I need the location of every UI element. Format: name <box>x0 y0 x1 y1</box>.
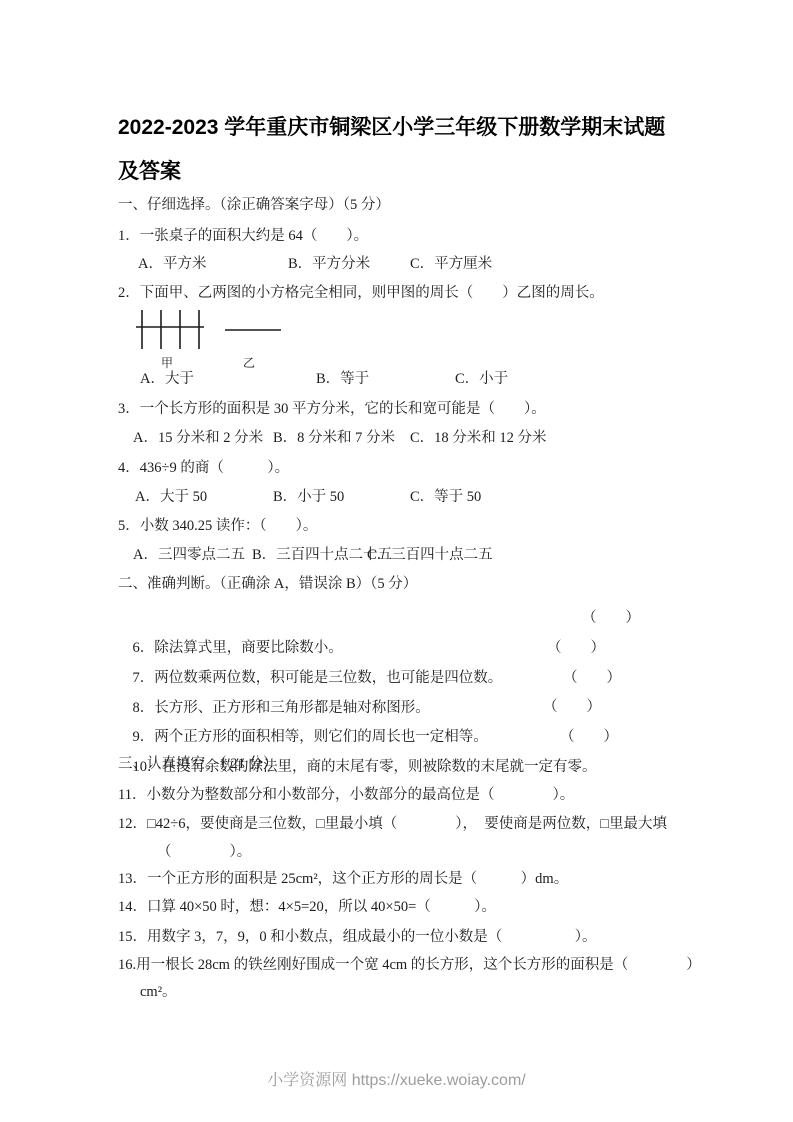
section-3-heading: 三、认真填空。（ 21 分） <box>118 749 738 779</box>
question-12-text-line-1: 12．□42÷6，要使商是三位数，□里最小填（ ）， 要使商是两位数，□里最大填 <box>118 809 738 839</box>
question-2-option-b: B．等于 <box>316 364 369 394</box>
page-title-line-2: 及答案 <box>118 150 718 194</box>
source-watermark: 小学资源网 https://xueke.woiay.com/ <box>0 1066 793 1096</box>
question-1-option-c: C．平方厘米 <box>410 249 492 279</box>
question-5-option-a: A．三四零点二五 <box>133 540 245 570</box>
question-4-option-b: B．小于 50 <box>273 482 344 512</box>
page-title-line-1: 2022-2023 学年重庆市铜梁区小学三年级下册数学期末试题 <box>118 106 718 150</box>
question-1-text: 1．一张桌子的面积大约是 64（ ）。 <box>118 221 738 251</box>
question-2-option-c: C．小于 <box>455 364 508 394</box>
question-3-option-a: A．15 分米和 2 分米 <box>133 423 263 453</box>
question-4-option-a: A．大于 50 <box>135 482 207 512</box>
question-11-text: 11．小数分为整数部分和小数部分，小数部分的最高位是（ ）。 <box>118 780 738 810</box>
question-16-text-line-1: 16.用一根长 28cm 的铁丝刚好围成一个宽 4cm 的长方形，这个长方形的面… <box>118 950 738 980</box>
question-1-option-b: B．平方分米 <box>288 249 370 279</box>
question-4-text: 4．436÷9 的商（ ）。 <box>118 453 738 483</box>
question-5-text: 5．小数 340.25 读作：（ ）。 <box>118 511 738 541</box>
exam-paper-page: 2022-2023 学年重庆市铜梁区小学三年级下册数学期末试题 及答案 一、仔细… <box>0 0 793 1122</box>
question-7-answer-blank: （ ） <box>547 633 605 663</box>
question-10-answer-blank: （ ） <box>560 722 618 752</box>
question-8-answer-blank: （ ） <box>563 663 621 693</box>
question-14-text: 14．口算 40×50 时，想：4×5=20，所以 40×50=（ ）。 <box>118 892 738 922</box>
question-6-answer-blank: （ ） <box>582 603 640 633</box>
section-2-heading: 二、准确判断。（正确涂 A，错误涂 B）（5 分） <box>118 569 738 599</box>
question-12-text-line-2: （ ）。 <box>157 837 777 867</box>
question-15-text: 15．用数字 3，7，9，0 和小数点，组成最小的一位小数是（ ）。 <box>118 922 738 952</box>
question-2-option-a: A．大于 <box>140 364 194 394</box>
question-1-option-a: A．平方米 <box>138 249 206 279</box>
question-3-option-c: C．18 分米和 12 分米 <box>410 423 547 453</box>
question-3-text: 3．一个长方形的面积是 30 平方分米，它的长和宽可能是（ ）。 <box>118 394 738 424</box>
question-4-option-c: C．等于 50 <box>410 482 481 512</box>
section-1-heading: 一、仔细选择。（涂正确答案字母）（5 分） <box>118 190 738 220</box>
question-16-text-line-2: cm²。 <box>140 977 760 1007</box>
question-13-text: 13．一个正方形的面积是 25cm²，这个正方形的周长是（ ）dm。 <box>118 864 738 894</box>
question-9-answer-blank: （ ） <box>543 692 601 722</box>
question-5-option-c: C．三百四十点二五 <box>367 540 493 570</box>
question-3-option-b: B．8 分米和 7 分米 <box>273 423 395 453</box>
